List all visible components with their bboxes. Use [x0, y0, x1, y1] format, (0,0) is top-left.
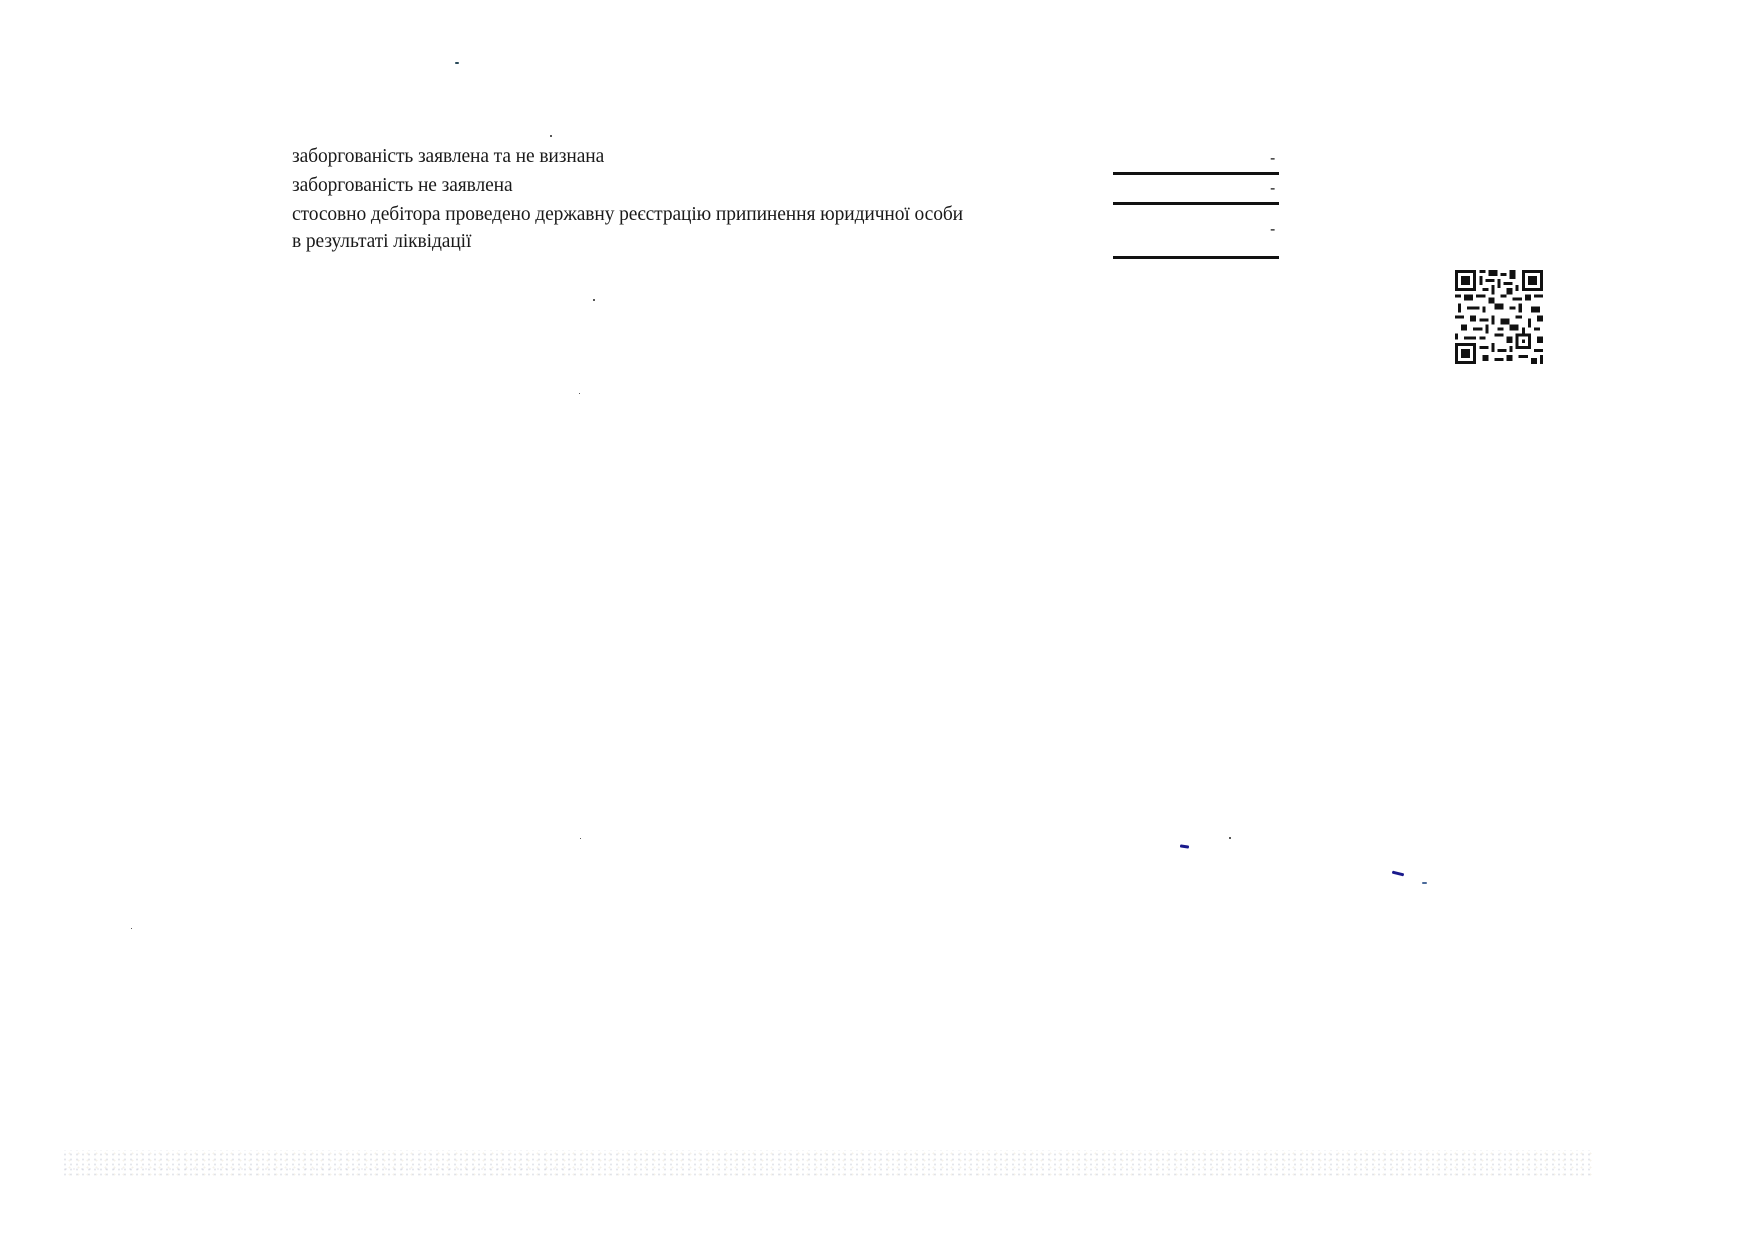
scan-speck: [131, 928, 132, 929]
faded-footer-text: [62, 1166, 582, 1174]
value-underline: [1113, 172, 1279, 175]
scan-speck: [593, 299, 595, 301]
value-underline: [1113, 202, 1279, 205]
row-value-not-claimed: -: [1270, 180, 1275, 198]
ink-mark: [1422, 882, 1427, 884]
ink-mark: [1392, 871, 1404, 877]
ink-mark: [1180, 844, 1189, 848]
row-label-not-claimed: заборгованість не заявлена: [292, 174, 513, 198]
row-value-liquidation: -: [1270, 221, 1275, 239]
scan-speck: [1229, 837, 1231, 839]
row-label-liquidation-line1: стосовно дебітора проведено державну реє…: [292, 203, 963, 227]
value-underline: [1113, 256, 1279, 259]
scan-speck: [580, 838, 581, 839]
scan-speck: [550, 135, 552, 137]
scan-speck: [455, 62, 459, 64]
row-label-liquidation-line2: в результаті ліквідації: [292, 230, 471, 254]
scan-speck: [579, 393, 580, 394]
row-label-claimed-not-recognized: заборгованість заявлена та не визнана: [292, 145, 604, 169]
qr-code-icon: [1455, 270, 1543, 364]
row-value-claimed-not-recognized: -: [1270, 150, 1275, 168]
